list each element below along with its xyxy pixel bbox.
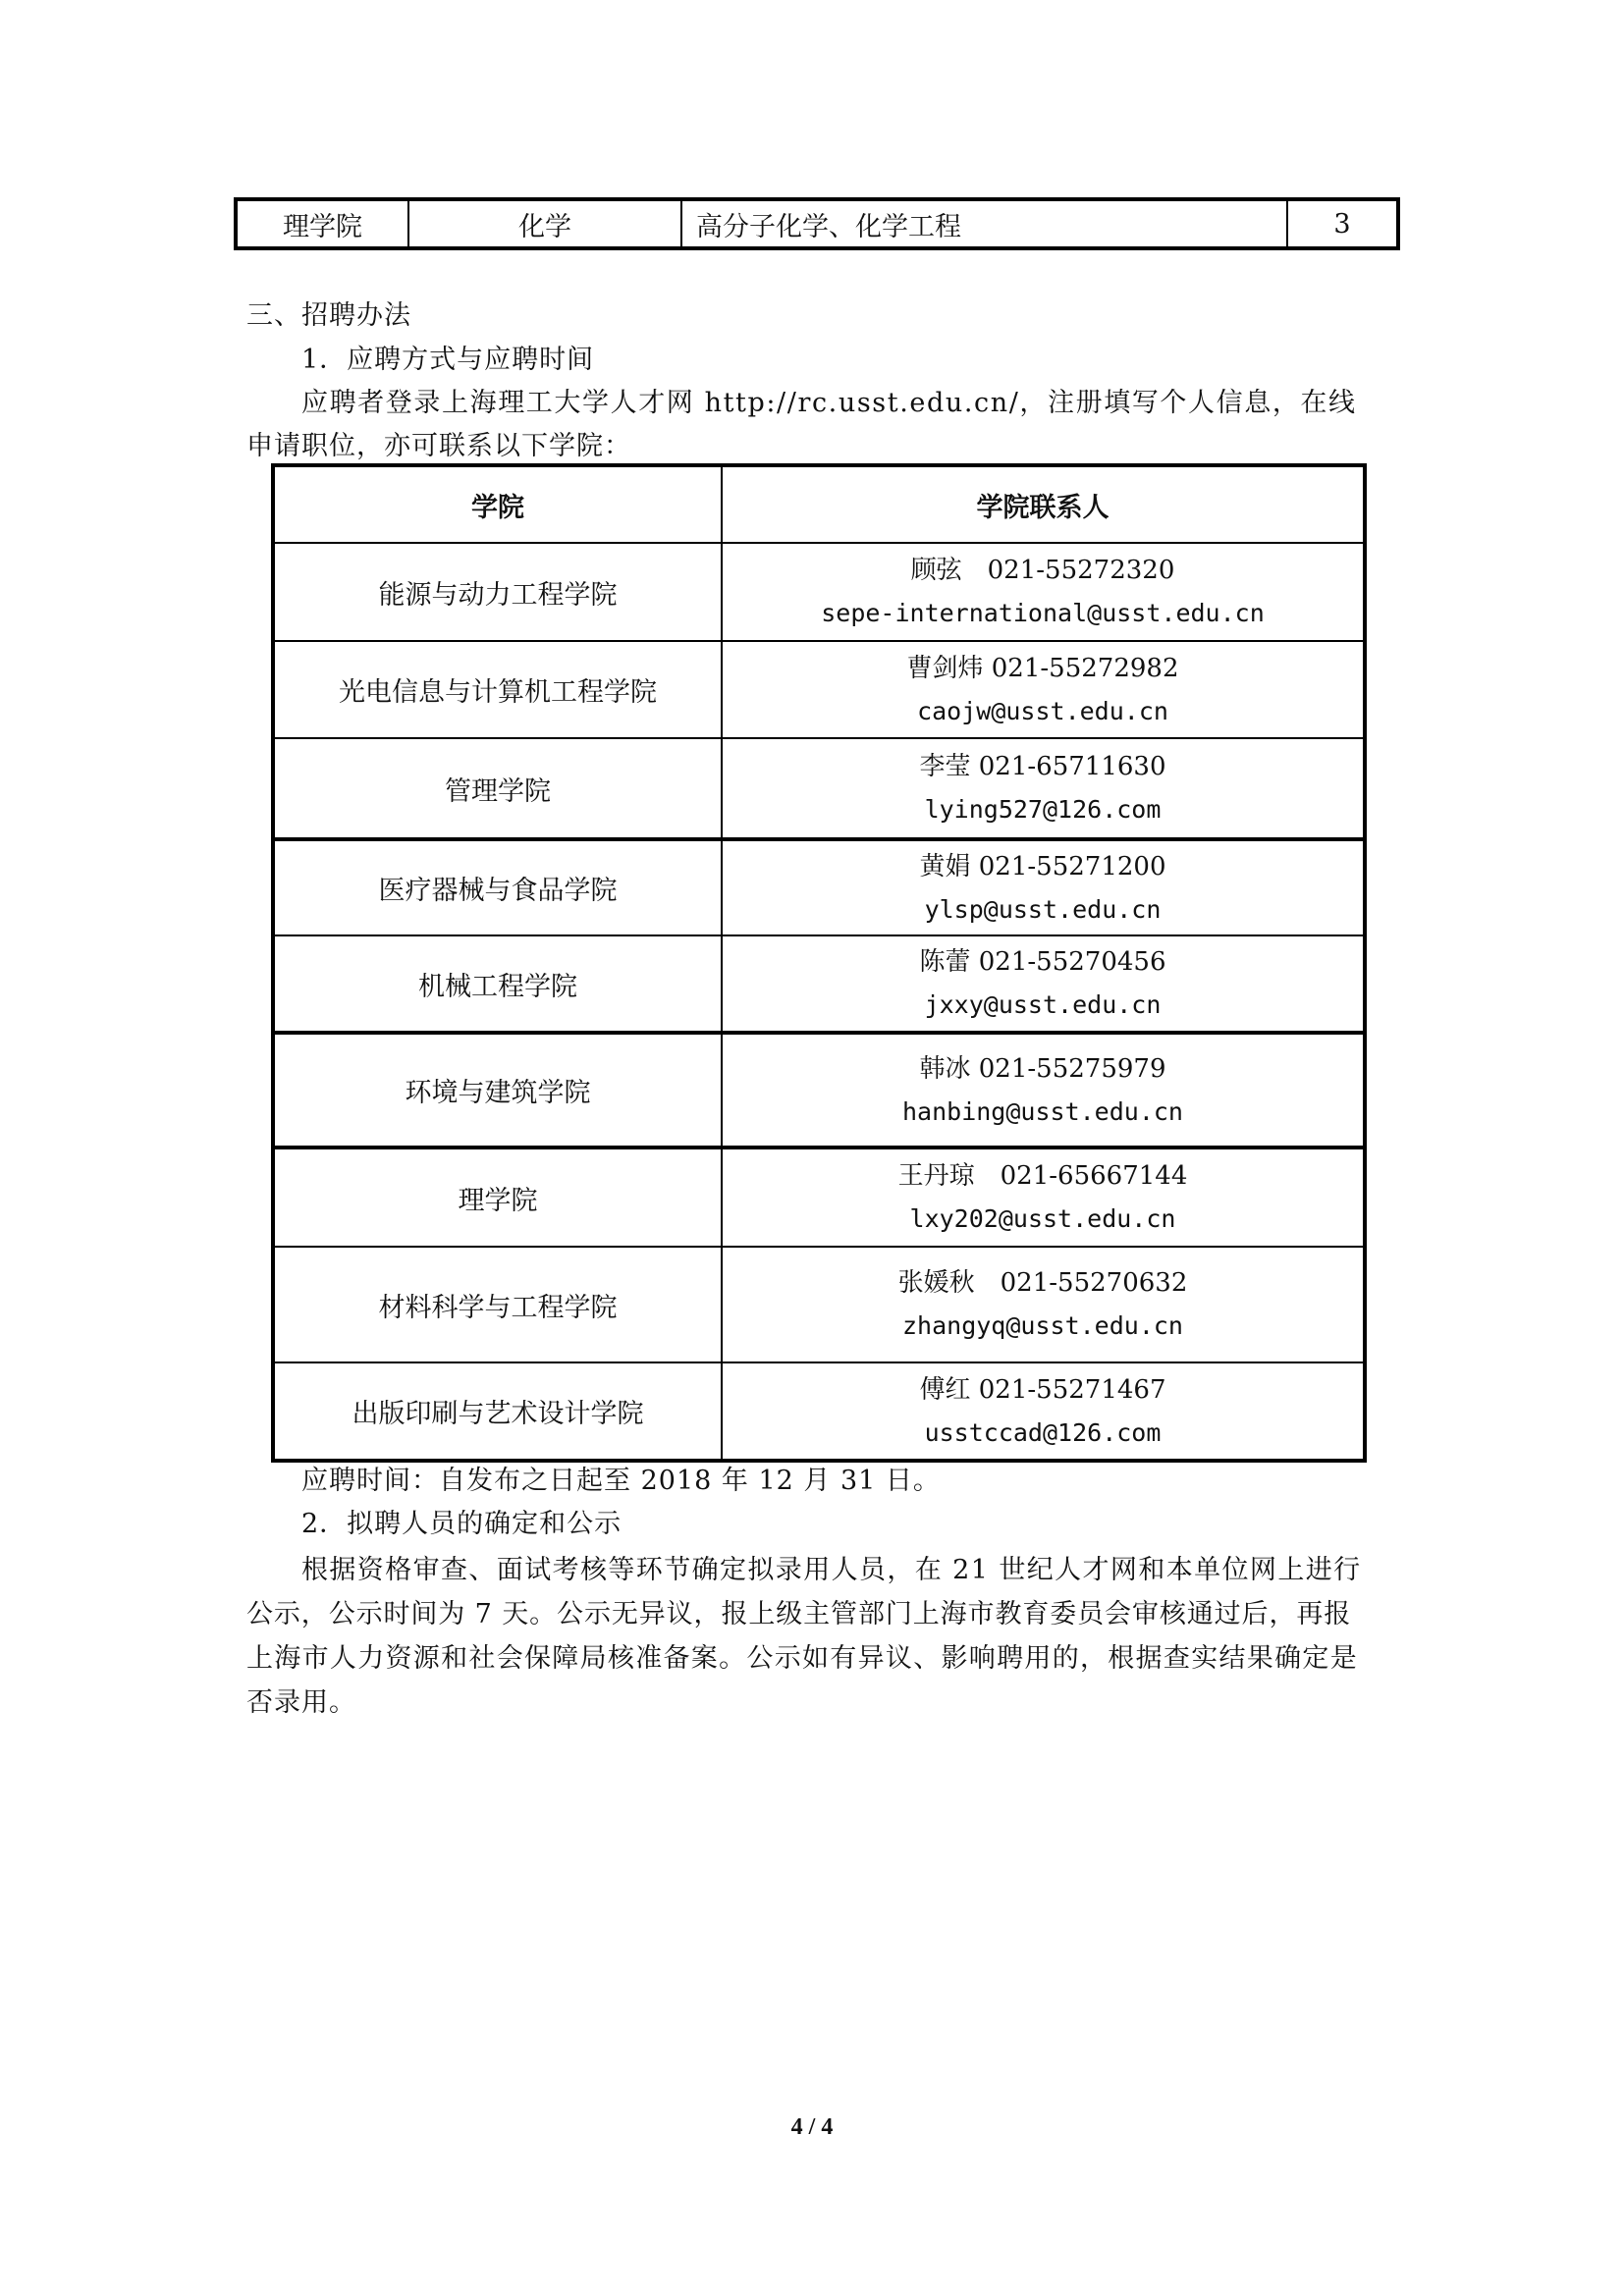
contact-cell: 王丹琼 021-65667144 lxy202@usst.edu.cn: [722, 1148, 1365, 1247]
cell-direction: 高分子化学、化学工程: [682, 201, 1288, 246]
contact-email[interactable]: jxxy@usst.edu.cn: [723, 984, 1363, 1027]
table-header-row: 学院 学院联系人: [273, 465, 1365, 543]
table-row: 理学院 王丹琼 021-65667144 lxy202@usst.edu.cn: [273, 1148, 1365, 1247]
contact-email[interactable]: hanbing@usst.edu.cn: [723, 1091, 1363, 1134]
college-name: 医疗器械与食品学院: [273, 839, 722, 935]
paragraph-line: 申请职位，亦可联系以下学院：: [246, 425, 631, 468]
contact-email[interactable]: zhangyq@usst.edu.cn: [723, 1305, 1363, 1348]
contact-cell: 李莹 021-65711630 lying527@126.com: [722, 738, 1365, 839]
contact-person-phone: 曹剑炜 021-55272982: [723, 647, 1363, 690]
contact-person-phone: 傅红 021-55271467: [723, 1368, 1363, 1412]
contact-person-phone: 黄娟 021-55271200: [723, 845, 1363, 888]
table-row: 能源与动力工程学院 顾弦 021-55272320 sepe-internati…: [273, 543, 1365, 641]
paragraph-line: 公示，公示时间为 7 天。公示无异议，报上级主管部门上海市教育委员会审核通过后，…: [246, 1593, 1351, 1636]
contact-email[interactable]: lying527@126.com: [723, 788, 1363, 831]
table-row: 出版印刷与艺术设计学院 傅红 021-55271467 usstccad@126…: [273, 1362, 1365, 1461]
contact-email[interactable]: sepe-international@usst.edu.cn: [723, 592, 1363, 635]
paragraph-line: 上海市人力资源和社会保障局核准备案。公示如有异议、影响聘用的，根据查实结果确定是: [246, 1637, 1358, 1681]
contact-person-phone: 张媛秋 021-55270632: [723, 1261, 1363, 1305]
college-name: 光电信息与计算机工程学院: [273, 641, 722, 738]
contact-cell: 陈蕾 021-55270456 jxxy@usst.edu.cn: [722, 935, 1365, 1033]
contact-person-phone: 顾弦 021-55272320: [723, 549, 1363, 592]
contact-cell: 黄娟 021-55271200 ylsp@usst.edu.cn: [722, 839, 1365, 935]
contact-email[interactable]: lxy202@usst.edu.cn: [723, 1198, 1363, 1241]
contact-person-phone: 陈蕾 021-55270456: [723, 940, 1363, 984]
contact-cell: 曹剑炜 021-55272982 caojw@usst.edu.cn: [722, 641, 1365, 738]
position-table: 理学院 化学 高分子化学、化学工程 3: [234, 197, 1400, 250]
header-contact: 学院联系人: [722, 465, 1365, 543]
contact-email[interactable]: ylsp@usst.edu.cn: [723, 888, 1363, 932]
application-deadline: 应聘时间：自发布之日起至 2018 年 12 月 31 日。: [301, 1460, 941, 1503]
paragraph-line: 应聘者登录上海理工大学人才网 http://rc.usst.edu.cn/，注册…: [301, 382, 1357, 425]
contact-person-phone: 李莹 021-65711630: [723, 745, 1363, 788]
page-number: 4 / 4: [0, 2114, 1624, 2141]
contact-email[interactable]: caojw@usst.edu.cn: [723, 690, 1363, 733]
table-row: 光电信息与计算机工程学院 曹剑炜 021-55272982 caojw@usst…: [273, 641, 1365, 738]
college-name: 材料科学与工程学院: [273, 1247, 722, 1362]
cell-subject: 化学: [409, 201, 682, 246]
contact-person-phone: 韩冰 021-55275979: [723, 1047, 1363, 1091]
cell-college: 理学院: [238, 201, 409, 246]
table-row: 环境与建筑学院 韩冰 021-55275979 hanbing@usst.edu…: [273, 1033, 1365, 1148]
contact-table: 学院 学院联系人 能源与动力工程学院 顾弦 021-55272320 sepe-…: [271, 463, 1367, 1463]
table-row: 材料科学与工程学院 张媛秋 021-55270632 zhangyq@usst.…: [273, 1247, 1365, 1362]
college-name: 出版印刷与艺术设计学院: [273, 1362, 722, 1461]
header-college: 学院: [273, 465, 722, 543]
college-name: 管理学院: [273, 738, 722, 839]
table-row: 机械工程学院 陈蕾 021-55270456 jxxy@usst.edu.cn: [273, 935, 1365, 1033]
college-name: 能源与动力工程学院: [273, 543, 722, 641]
subsection-heading-1: 1．应聘方式与应聘时间: [301, 339, 594, 382]
contact-email[interactable]: usstccad@126.com: [723, 1412, 1363, 1455]
contact-cell: 顾弦 021-55272320 sepe-international@usst.…: [722, 543, 1365, 641]
contact-cell: 张媛秋 021-55270632 zhangyq@usst.edu.cn: [722, 1247, 1365, 1362]
college-name: 理学院: [273, 1148, 722, 1247]
paragraph-line: 根据资格审查、面试考核等环节确定拟录用人员，在 21 世纪人才网和本单位网上进行: [301, 1549, 1362, 1592]
cell-count: 3: [1288, 201, 1396, 246]
table-row: 管理学院 李莹 021-65711630 lying527@126.com: [273, 738, 1365, 839]
contact-person-phone: 王丹琼 021-65667144: [723, 1154, 1363, 1198]
table-row: 医疗器械与食品学院 黄娟 021-55271200 ylsp@usst.edu.…: [273, 839, 1365, 935]
paragraph-line: 否录用。: [246, 1682, 356, 1725]
subsection-heading-2: 2．拟聘人员的确定和公示: [301, 1503, 622, 1546]
contact-cell: 傅红 021-55271467 usstccad@126.com: [722, 1362, 1365, 1461]
contact-cell: 韩冰 021-55275979 hanbing@usst.edu.cn: [722, 1033, 1365, 1148]
college-name: 环境与建筑学院: [273, 1033, 722, 1148]
college-name: 机械工程学院: [273, 935, 722, 1033]
section-heading: 三、招聘办法: [246, 294, 411, 338]
